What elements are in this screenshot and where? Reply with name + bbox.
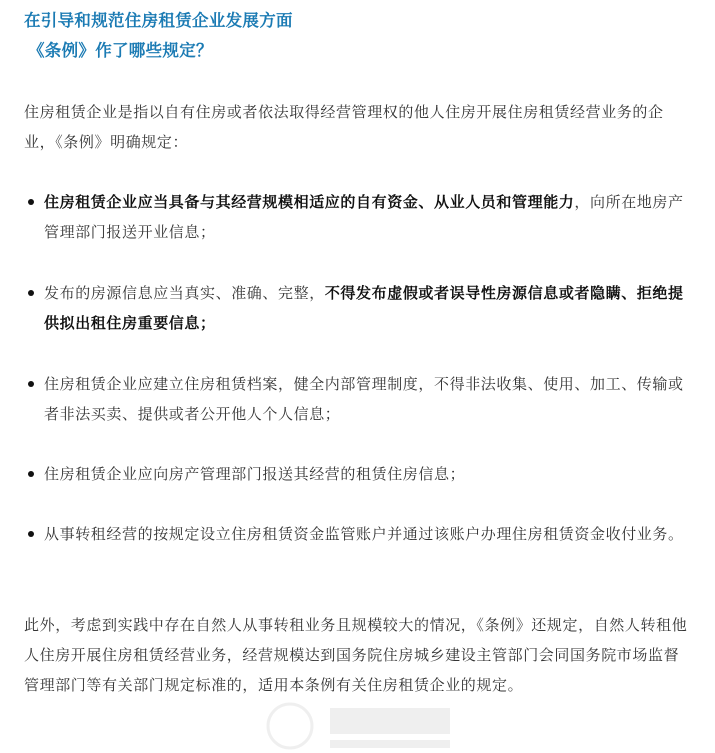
list-item-text: 住房租赁企业应建立住房租赁档案，健全内部管理制度，不得非法收集、使用、加工、传输… [44, 375, 684, 423]
bullet-icon [28, 471, 34, 477]
closing-paragraph: 此外，考虑到实践中存在自然人从事转租业务且规模较大的情况，《条例》还规定，自然人… [24, 610, 692, 700]
list-item: 住房租赁企业应当具备与其经营规模相适应的自有资金、从业人员和管理能力，向所在地房… [24, 187, 692, 247]
section-heading-line-2: 《条例》作了哪些规定？ [28, 40, 213, 62]
watermark-logo-icon [260, 700, 460, 753]
bullet-icon [28, 199, 34, 205]
list-item: 从事转租经营的按规定设立住房租赁资金监管账户并通过该账户办理住房租赁资金收付业务… [24, 519, 692, 549]
bullet-icon [28, 531, 34, 537]
list-item-bold-text: 住房租赁企业应当具备与其经营规模相适应的自有资金、从业人员和管理能力 [44, 193, 574, 211]
section-heading-line-1: 在引导和规范住房租赁企业发展方面 [24, 10, 293, 32]
list-item: 住房租赁企业应向房产管理部门报送其经营的租赁住房信息； [24, 459, 692, 489]
bullet-icon [28, 290, 34, 296]
bullet-icon [28, 381, 34, 387]
list-item-text: 住房租赁企业应向房产管理部门报送其经营的租赁住房信息； [44, 465, 465, 483]
list-item-text: 发布的房源信息应当真实、准确、完整， [44, 284, 325, 302]
list-item: 住房租赁企业应建立住房租赁档案，健全内部管理制度，不得非法收集、使用、加工、传输… [24, 369, 692, 429]
list-item-text: 从事转租经营的按规定设立住房租赁资金监管账户并通过该账户办理住房租赁资金收付业务… [44, 525, 684, 543]
list-item: 发布的房源信息应当真实、准确、完整，不得发布虚假或者误导性房源信息或者隐瞒、拒绝… [24, 278, 692, 338]
intro-paragraph: 住房租赁企业是指以自有住房或者依法取得经营管理权的他人住房开展住房租赁经营业务的… [24, 97, 692, 157]
